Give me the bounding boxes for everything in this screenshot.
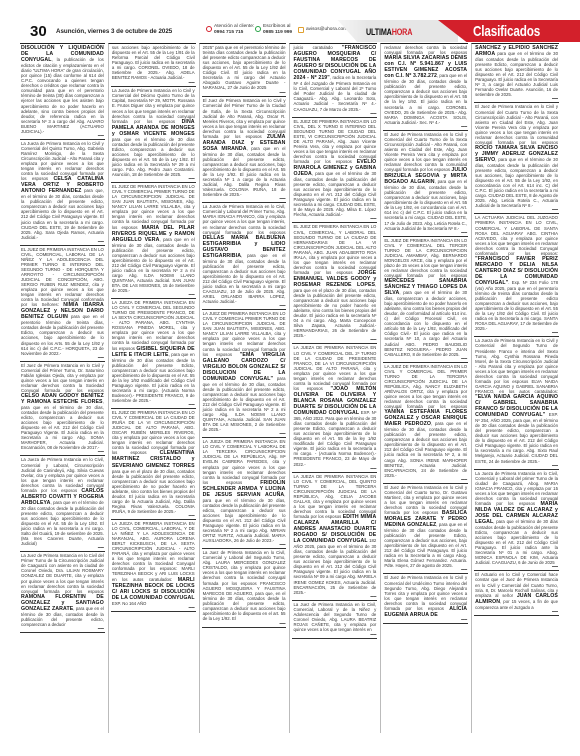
classified-ad: SANCHEZ y ELPIDIO SANCHEZ ARMOA para que… — [474, 44, 559, 103]
classified-ad: LA JUEZA DE PRIMERA INSTANCIA EN LO CIVI… — [292, 344, 377, 472]
classified-ad: El Juez de Primera Instancia en lo Civil… — [383, 484, 468, 575]
classified-ad: EL JUEZ DE PRIMERA INSTANCIA EN LO CIVIL… — [111, 183, 196, 299]
classified-ad: LA JUEZA DE PRIMERA INSTANCIA EN LO CIVI… — [202, 438, 287, 549]
classified-ad: La Juez de Primera Instancia en lo Civil… — [20, 552, 105, 633]
classifieds-columns: DISOLUCIÓN Y LIQUIDACIÓN DE LA COMUNIDAD… — [20, 43, 559, 733]
classified-ad: reclamar derechos contra la sociedad con… — [383, 44, 468, 131]
classified-ad: LA JUEZ DE PRIMERA INSTANCIA EN LO CIVIL… — [202, 310, 287, 438]
whatsapp-icon — [255, 26, 261, 32]
classified-ad: La Jueza de Primera Instancia en lo Civi… — [474, 337, 559, 469]
classified-ad: El Juez de Primera Instancia en lo Civil… — [20, 362, 105, 457]
page-header: 30 Asunción, viernes 3 de octubre de 202… — [0, 20, 580, 42]
classified-ad: DISOLUCIÓN Y LIQUIDACIÓN DE LA COMUNIDAD… — [20, 44, 105, 140]
column-3: 2025" para que en el perentorio término … — [199, 43, 287, 733]
customer-service-phone[interactable]: 0994 715 715 — [214, 30, 243, 35]
classified-ad: EL JUEZ DE PRIMERA INSTANCIA EN LO CIVIL… — [292, 223, 377, 344]
column-5: reclamar derechos contra la sociedad con… — [380, 43, 468, 733]
classified-ad: La Jueza de Primera Instancia en lo Civi… — [202, 203, 287, 310]
phone-icon — [206, 26, 212, 32]
classified-ad: La Juez de Primera Instancia en lo Civil… — [292, 601, 377, 639]
brand-bar: ULTIMAHORA Clasificados — [318, 20, 580, 42]
classified-ad: El Juez de Primera Instancia en lo Civil… — [202, 97, 287, 203]
classified-ad: LA JUEZ DE PRIMERA INSTANCIA EN LO CIVIL… — [383, 363, 468, 484]
classified-ad: LA JUEZA DE PRIMERA INSTANCIA EN LO CIVI… — [292, 473, 377, 601]
whatsapp-number[interactable]: 0985 119 999 — [263, 30, 292, 35]
classified-ad: EL JUEZ DE PRIMERA INSTANCIA EN LO CIVIL… — [111, 409, 196, 520]
classified-ad: sus acciones bajo apercibimiento de lo d… — [111, 44, 196, 87]
section-title: Clasificados — [473, 23, 540, 40]
classified-ad: La Jueza de Primera Instancia en lo Civi… — [474, 470, 559, 572]
page-number: 30 — [30, 23, 47, 40]
classified-ad: EL JUEZ DE PRIMERA INSTANCIA EN LO CIVIL… — [20, 246, 105, 362]
column-2: sus acciones bajo apercibimiento de lo d… — [108, 43, 196, 733]
classified-ad: El Juez de Primera Instancia en lo Civil… — [383, 574, 468, 623]
classified-ad: LA ACTUARIA JUDICIAL DEL JUZGADO PRIMERA… — [474, 214, 559, 337]
classified-ad: El Juez de Primera Instancia en lo Civil… — [474, 103, 559, 214]
classified-ad: EL JUEZ DE PRIMERA INSTANCIA EN LO CIVIL… — [292, 118, 377, 224]
classified-ad: El Juez de Primera Instancia en lo Civil… — [383, 131, 468, 237]
classified-ad: EL JUEZ DE PRIMERA INSTANCIA EN LO CIVIL… — [383, 237, 468, 363]
classified-ad: La Jueza de Primera Instancia en lo Civi… — [20, 140, 105, 246]
column-1: DISOLUCIÓN Y LIQUIDACIÓN DE LA COMUNIDAD… — [20, 43, 105, 733]
classified-ad: juicio caratulado "FRANCISCO AGUERO MOSQ… — [292, 44, 377, 118]
ultimahora-logo: ULTIMAHORA — [366, 27, 412, 37]
classified-ad: 2025" para que en el perentorio término … — [202, 44, 287, 97]
classified-ad: LA JUEZA DE PRIMERA INSTANCIA EN LO CIVI… — [111, 520, 196, 612]
classified-ad: La Juez de Primera Instancia en lo Civil… — [202, 549, 287, 628]
column-6: SANCHEZ y ELPIDIO SANCHEZ ARMOA para que… — [471, 43, 559, 733]
classified-ad: La Jueza de Primera Instancia en lo Civi… — [111, 87, 196, 183]
classified-ad: LA JUEZA DE PRIMERA INSTANCIA EN LO CIVI… — [111, 299, 196, 409]
classified-ad: El Actuario en lo Civil y Comercial hace… — [474, 571, 559, 615]
classified-ad: La Jueza de Primera Instancia en lo Civi… — [20, 456, 105, 552]
envelope-icon — [298, 27, 304, 33]
issue-date: Asunción, viernes 3 de octubre de 2025 — [56, 28, 172, 35]
column-4: juicio caratulado "FRANCISCO AGUERO MOSQ… — [289, 43, 377, 733]
